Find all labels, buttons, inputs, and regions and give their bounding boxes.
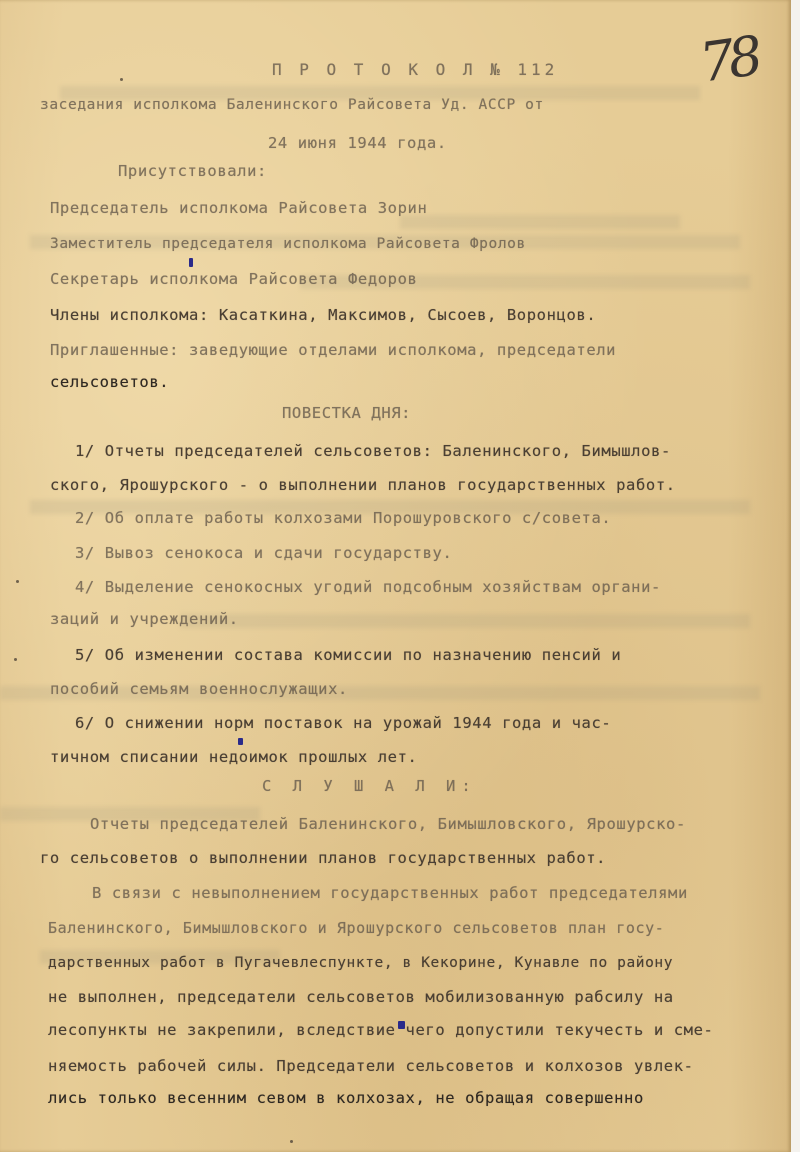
heard-line: лись только весенним севом в колхозах, н… — [48, 1088, 644, 1108]
attendance-line: Председатель исполкома Райсовета Зорин — [50, 198, 427, 218]
attendance-heading: Присутствовали: — [118, 161, 267, 181]
agenda-item: пособий семьям военнослужащих. — [50, 679, 348, 699]
heard-line: го сельсоветов о выполнении планов госуд… — [40, 848, 606, 868]
bleed-through-shadow — [400, 215, 680, 229]
agenda-item: 2/ Об оплате работы колхозами Порошуровс… — [75, 508, 611, 528]
agenda-item: 3/ Вывоз сенокоса и сдачи государству. — [75, 543, 452, 563]
agenda-item: заций и учреждений. — [50, 609, 239, 629]
heard-line: няемость рабочей силы. Председатели сель… — [48, 1056, 694, 1076]
heard-line: не выполнен, председатели сельсоветов мо… — [48, 987, 674, 1007]
heard-line: лесопункты не закрепили, вследствие чего… — [48, 1020, 713, 1040]
heard-line: В связи с невыполнением государственных … — [92, 883, 688, 903]
agenda-heading: ПОВЕСТКА ДНЯ: — [282, 403, 411, 423]
agenda-item: 1/ Отчеты председателей сельсоветов: Бал… — [75, 441, 671, 461]
attendance-line: Члены исполкома: Касаткина, Максимов, Сы… — [50, 305, 596, 325]
heard-line: Отчеты председателей Баленинского, Бимыш… — [90, 814, 686, 834]
archival-document-page: 78 П Р О Т О К О Л № 112 заседания испол… — [0, 0, 791, 1152]
attendance-line: Заместитель председателя исполкома Райсо… — [50, 234, 526, 254]
violet-ink-mark — [238, 738, 243, 745]
agenda-item: тичном списании недоимок прошлых лет. — [50, 747, 417, 767]
ink-speck — [120, 78, 123, 81]
protocol-title: П Р О Т О К О Л № 112 — [272, 60, 558, 80]
ink-speck — [14, 658, 17, 661]
bleed-through-shadow — [180, 614, 750, 628]
attendance-line: Секретарь исполкома Райсовета Федоров — [50, 269, 417, 289]
agenda-item: 4/ Выделение сенокосных угодий подсобным… — [75, 577, 661, 597]
heard-line: дарственных работ в Пугачевлеспункте, в … — [48, 953, 673, 973]
attendance-line: Приглашенные: заведующие отделами исполк… — [50, 340, 616, 360]
protocol-subtitle: заседания исполкома Баленинского Райсове… — [40, 95, 544, 115]
attendance-line: сельсоветов. — [50, 372, 169, 392]
protocol-date: 24 июня 1944 года. — [268, 133, 447, 153]
heard-heading: С Л У Ш А Л И: — [262, 776, 477, 796]
folio-number-handwritten: 78 — [696, 24, 761, 94]
agenda-item: 5/ Об изменении состава комиссии по назн… — [75, 645, 621, 665]
heard-line: Баленинского, Бимышловского и Ярошурског… — [48, 918, 664, 938]
ink-speck — [290, 1140, 293, 1143]
ink-speck — [16, 580, 19, 583]
agenda-item: ского, Ярошурского - о выполнении планов… — [50, 475, 676, 495]
violet-ink-mark — [189, 258, 193, 267]
agenda-item: 6/ О снижении норм поставок на урожай 19… — [75, 713, 611, 733]
